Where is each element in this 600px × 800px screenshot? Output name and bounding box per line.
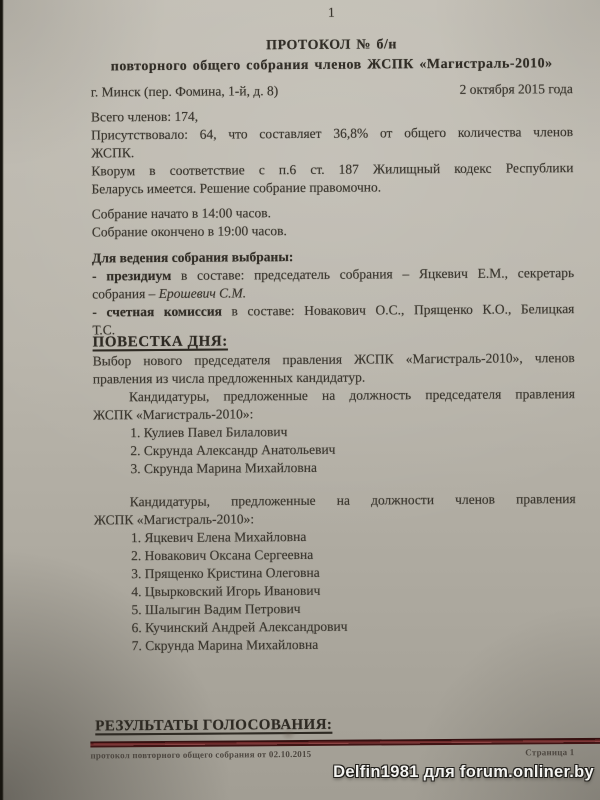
date-text: 2 октября 2015 года: [460, 80, 573, 99]
place-text: г. Минск (пер. Фомина, 1-й, д. 8): [91, 82, 278, 101]
chairman-intro-line-1: Кандидатуры, предложенные на должность п…: [93, 385, 575, 406]
presidium-secretary-plain: собрания –: [92, 286, 155, 301]
board-block: Кандидатуры, предложенные на должности ч…: [94, 490, 577, 655]
agenda-line-1: Выбор нового председателя правления ЖСПК…: [93, 349, 575, 370]
presidium-text: в составе: председатель собрания – Яцкев…: [181, 265, 574, 283]
footer-left-text: протокол повторного общего собрания от 0…: [90, 749, 311, 762]
place-date-row: г. Минск (пер. Фомина, 1-й, д. 8) 2 октя…: [91, 80, 579, 101]
page-number: 1: [90, 2, 572, 23]
results-heading-block: РЕЗУЛЬТАТЫ ГОЛОСОВАНИЯ:: [95, 714, 577, 735]
agenda-heading-block: ПОВЕСТКА ДНЯ:: [93, 330, 575, 351]
elected-block: Для ведения собрания выбраны: - президиу…: [92, 246, 575, 339]
watermark-text: Delfin1981 для forum.onliner.by: [333, 763, 594, 782]
agenda-heading: ПОВЕСТКА ДНЯ:: [93, 334, 228, 351]
times-block: Собрание начато в 14:00 часов. Собрание …: [92, 202, 574, 241]
facts-block: Всего членов: 174, Присутствовало: 64, ч…: [91, 105, 574, 198]
commission-label: - счетная комиссия: [92, 304, 222, 320]
footer-row: протокол повторного общего собрания от 0…: [90, 747, 574, 761]
footer-rule: [90, 738, 600, 748]
footer-page-label: Страница 1: [525, 747, 574, 758]
presidium-label: - президиум: [92, 268, 171, 284]
agenda-body-block: Выбор нового председателя правления ЖСПК…: [93, 349, 576, 478]
chairman-candidate-list: 1. Кулиев Павел Билалович 2. Скрунда Але…: [93, 421, 575, 478]
quorum-line-2: Беларусь имеется. Решение собрание право…: [91, 177, 573, 198]
doc-subtitle: повторного общего собрания членов ЖСПК «…: [91, 54, 573, 77]
board-candidate-list: 1. Яцкевич Елена Михайловна 2. Новакович…: [94, 526, 577, 655]
title-block: ПРОТОКОЛ № б/н повторного общего собрани…: [90, 34, 572, 77]
document-photo: 1 ПРОТОКОЛ № б/н повторного общего собра…: [0, 0, 600, 800]
quorum-line-1: Кворум в соответствие с п.6 ст. 187 Жили…: [91, 159, 573, 180]
commission-text: в составе: Новакович О.С., Прященко К.О.…: [231, 301, 574, 318]
meeting-end-line: Собрание окончено в 19:00 часов.: [92, 220, 574, 241]
candidate-item: 3. Скрунда Марина Михайловна: [130, 457, 575, 478]
presidium-secretary-name: Ерошевич С.М.: [159, 285, 246, 301]
commission-line-1: - счетная комиссия в составе: Новакович …: [92, 300, 574, 321]
attendance-line-1: Присутствовало: 64, что составляет 36,8%…: [91, 123, 573, 144]
board-intro-line-1: Кандидатуры, предложенные на должности ч…: [94, 490, 576, 511]
presidium-line-1: - президиум в составе: председатель собр…: [92, 264, 574, 285]
protocol-page: 1 ПРОТОКОЛ № б/н повторного общего собра…: [0, 0, 600, 800]
candidate-item: 7. Скрунда Марина Михайловна: [132, 634, 577, 655]
